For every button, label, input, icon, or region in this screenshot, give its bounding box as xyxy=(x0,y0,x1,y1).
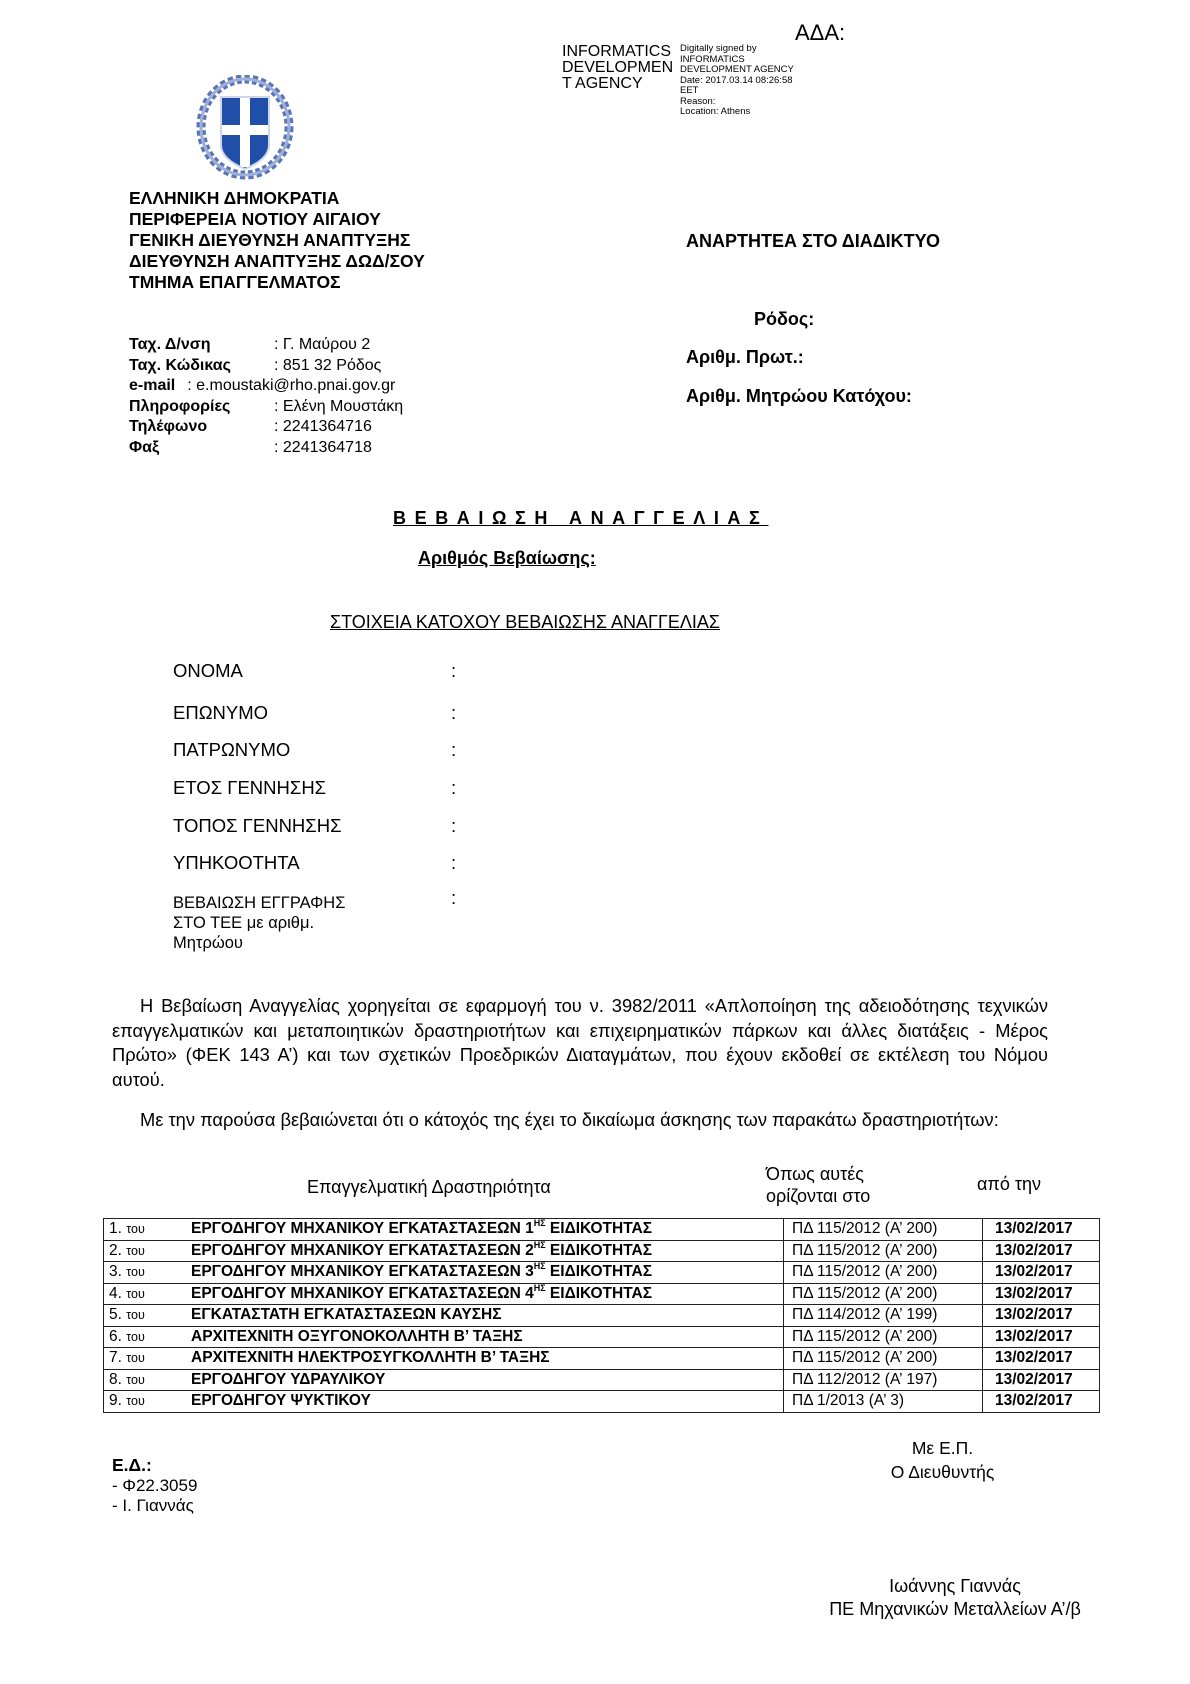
internal-distribution: Ε.Δ.: - Φ22.3059 - Ι. Γιαννάς xyxy=(112,1455,197,1517)
contact-email: e-mail : e.moustaki@rho.pnai.gov.gr xyxy=(129,376,403,397)
table-row: 7. του ΑΡΧΙΤΕΧΝΙΤΗ ΗΛΕΚΤΡΟΣΥΓΚΟΛΛΗΤΗ Β’ … xyxy=(104,1348,1100,1370)
document-title: ΒΕΒΑΙΩΣΗ ΑΝΑΓΓΕΛΙΑΣ xyxy=(393,508,768,529)
signer-title: ΠΕ Μηχανικών Μεταλλείων Α’/β xyxy=(810,1598,1100,1621)
internal-distribution-title: Ε.Δ.: xyxy=(112,1455,197,1476)
field-tee-registration-label: ΒΕΒΑΙΩΣΗ ΕΓΓΡΑΦΗΣ ΣΤΟ ΤΕΕ με αριθμ. Μητρ… xyxy=(173,893,345,953)
signature-detail-line: Digitally signed by xyxy=(680,44,794,55)
contact-info: Ταχ. Δ/νση : Γ. Μαύρου 2 Ταχ. Κώδικας : … xyxy=(129,335,403,458)
activities-table: 1. του ΕΡΓΟΔΗΓΟΥ ΜΗΧΑΝΙΚΟΥ ΕΓΚΑΤΑΣΤΑΣΕΩΝ… xyxy=(103,1218,1100,1413)
signer-line: INFORMATICS xyxy=(562,44,673,60)
field-birth-place-label: ΤΟΠΟΣ ΓΕΝΝΗΣΗΣ xyxy=(173,815,342,837)
contact-address: Ταχ. Δ/νση : Γ. Μαύρου 2 xyxy=(129,335,403,356)
field-surname-label: ΕΠΩΝΥΜΟ xyxy=(173,702,268,724)
signer-line: T AGENCY xyxy=(562,76,673,92)
field-birth-year-label: ΕΤΟΣ ΓΕΝΝΗΣΗΣ xyxy=(173,777,326,799)
signature-detail-line: DEVELOPMENT AGENCY xyxy=(680,65,794,76)
field-colon: : xyxy=(451,739,456,761)
rights-paragraph: Με την παρούσα βεβαιώνεται ότι ο κάτοχός… xyxy=(112,1108,1048,1133)
signer-line: DEVELOPMEN xyxy=(562,60,673,76)
table-row: 1. του ΕΡΓΟΔΗΓΟΥ ΜΗΧΑΝΙΚΟΥ ΕΓΚΑΤΑΣΤΑΣΕΩΝ… xyxy=(104,1219,1100,1241)
field-nationality-label: ΥΠΗΚΟΟΤΗΤΑ xyxy=(173,852,300,874)
signature-block: Με Ε.Π. Ο Διευθυντής xyxy=(880,1436,1005,1484)
table-row: 5. του ΕΓΚΑΤΑΣΤΑΤΗ ΕΓΚΑΤΑΣΤΑΣΕΩΝ ΚΑΥΣΗΣ … xyxy=(104,1305,1100,1327)
contact-phone: Τηλέφωνο : 2241364716 xyxy=(129,417,403,438)
field-colon: : xyxy=(451,815,456,837)
table-row: 6. του ΑΡΧΙΤΕΧΝΙΤΗ ΟΞΥΓΟΝΟΚΟΛΛΗΤΗ Β’ ΤΑΞ… xyxy=(104,1326,1100,1348)
place-label: Ρόδος: xyxy=(754,309,814,330)
table-row: 8. του ΕΡΓΟΔΗΓΟΥ ΥΔΡΑΥΛΙΚΟΥ ΠΔ 112/2012 … xyxy=(104,1369,1100,1391)
legal-basis-paragraph: Η Βεβαίωση Αναγγελίας χορηγείται σε εφαρ… xyxy=(112,994,1048,1092)
field-colon: : xyxy=(451,660,456,682)
signer-name-text: Ιωάννης Γιαννάς xyxy=(810,1575,1100,1598)
field-colon: : xyxy=(451,702,456,724)
org-line: ΕΛΛΗΝΙΚΗ ΔΗΜΟΚΡΑΤΙΑ xyxy=(129,188,425,209)
signature-detail-line: EET xyxy=(680,86,794,97)
signer-name: INFORMATICS DEVELOPMEN T AGENCY xyxy=(562,44,673,92)
org-line: ΔΙΕΥΘΥΝΣΗ ΑΝΑΠΤΥΞΗΣ ΔΩΔ/ΣΟΥ xyxy=(129,251,425,272)
table-row: 2. του ΕΡΓΟΔΗΓΟΥ ΜΗΧΑΝΙΚΟΥ ΕΓΚΑΤΑΣΤΑΣΕΩΝ… xyxy=(104,1240,1100,1262)
distribution-item: - Φ22.3059 xyxy=(112,1476,197,1497)
contact-postcode: Ταχ. Κώδικας : 851 32 Ρόδος xyxy=(129,356,403,377)
protocol-number-label: Αριθμ. Πρωτ.: xyxy=(686,347,804,368)
table-row: 3. του ΕΡΓΟΔΗΓΟΥ ΜΗΧΑΝΙΚΟΥ ΕΓΚΑΤΑΣΤΑΣΕΩΝ… xyxy=(104,1262,1100,1284)
email-link[interactable]: : e.moustaki@rho.pnai.gov.gr xyxy=(187,376,395,397)
field-patronymic-label: ΠΑΤΡΩΝΥΜΟ xyxy=(173,739,290,761)
publish-note: ΑΝΑΡΤΗΤΕΑ ΣΤΟ ΔΙΑΔΙΚΤΥΟ xyxy=(686,231,940,252)
contact-info-person: Πληροφορίες : Ελένη Μουστάκη xyxy=(129,397,403,418)
field-colon: : xyxy=(451,852,456,874)
org-line: ΠΕΡΙΦΕΡΕΙΑ ΝΟΤΙΟΥ ΑΙΓΑΙΟΥ xyxy=(129,209,425,230)
table-row: 4. του ΕΡΓΟΔΗΓΟΥ ΜΗΧΑΝΙΚΟΥ ΕΓΚΑΤΑΣΤΑΣΕΩΝ… xyxy=(104,1283,1100,1305)
ada-label: ΑΔΑ: xyxy=(795,20,845,46)
holder-section-title: ΣΤΟΙΧΕΙΑ ΚΑΤΟΧΟΥ ΒΕΒΑΙΩΣΗΣ ΑΝΑΓΓΕΛΙΑΣ xyxy=(330,612,720,633)
table-row: 9. του ΕΡΓΟΔΗΓΟΥ ΨΥΚΤΙΚΟΥ ΠΔ 1/2013 (Α’ … xyxy=(104,1391,1100,1413)
field-colon: : xyxy=(451,777,456,799)
column-header-from-date: από την xyxy=(977,1174,1041,1195)
column-header-defined-in: Όπως αυτές ορίζονται στο xyxy=(766,1163,870,1207)
field-colon: : xyxy=(451,887,456,909)
org-line: ΤΜΗΜΑ ΕΠΑΓΓΕΛΜΑΤΟΣ xyxy=(129,272,425,293)
signer-block: Ιωάννης Γιαννάς ΠΕ Μηχανικών Μεταλλείων … xyxy=(810,1575,1100,1621)
certificate-number-label: Αριθμός Βεβαίωσης: xyxy=(418,548,596,569)
organization-header: ΕΛΛΗΝΙΚΗ ΔΗΜΟΚΡΑΤΙΑ ΠΕΡΙΦΕΡΕΙΑ ΝΟΤΙΟΥ ΑΙ… xyxy=(129,188,425,293)
field-name-label: ΟΝΟΜΑ xyxy=(173,660,243,682)
signature-details: Digitally signed by INFORMATICS DEVELOPM… xyxy=(680,44,794,118)
org-line: ΓΕΝΙΚΗ ΔΙΕΥΘΥΝΣΗ ΑΝΑΠΤΥΞΗΣ xyxy=(129,230,425,251)
registry-number-label: Αριθμ. Μητρώου Κατόχου: xyxy=(686,386,912,407)
signature-detail-line: Location: Athens xyxy=(680,107,794,118)
distribution-item: - Ι. Γιαννάς xyxy=(112,1496,197,1517)
contact-fax: Φαξ : 2241364718 xyxy=(129,438,403,459)
column-header-activity: Επαγγελματική Δραστηριότητα xyxy=(307,1177,551,1198)
greek-coat-of-arms-icon xyxy=(195,75,295,185)
